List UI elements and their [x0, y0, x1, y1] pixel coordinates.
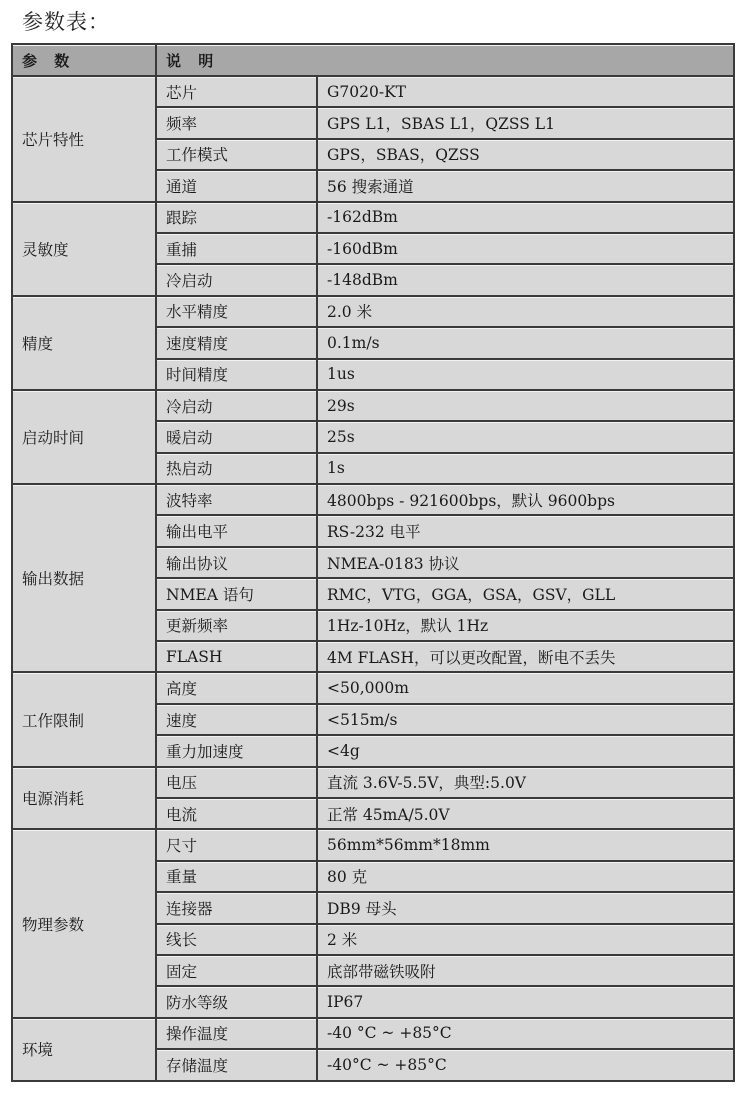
- param-name: 线长: [156, 924, 317, 955]
- param-name: 波特率: [156, 484, 317, 515]
- param-name: 冷启动: [156, 390, 317, 421]
- param-value: -148dBm: [317, 264, 734, 295]
- param-name: 电流: [156, 798, 317, 829]
- param-name: 更新频率: [156, 610, 317, 641]
- group-name: 电源消耗: [12, 767, 156, 830]
- parameter-table: 参 数 说 明 芯片特性芯片G7020-KT频率GPS L1，SBAS L1，Q…: [11, 43, 735, 1082]
- param-value: 56 搜索通道: [317, 170, 734, 201]
- param-value: -162dBm: [317, 202, 734, 233]
- header-description: 说 明: [156, 44, 734, 76]
- param-value: 4M FLASH，可以更改配置，断电不丢失: [317, 641, 734, 672]
- param-name: 操作温度: [156, 1018, 317, 1049]
- table-header-row: 参 数 说 明: [12, 44, 734, 76]
- param-name: 连接器: [156, 892, 317, 923]
- param-value: G7020-KT: [317, 76, 734, 107]
- param-name: 尺寸: [156, 829, 317, 860]
- param-value: 1us: [317, 359, 734, 390]
- param-value: 0.1m/s: [317, 327, 734, 358]
- param-name: 冷启动: [156, 264, 317, 295]
- table-body: 芯片特性芯片G7020-KT频率GPS L1，SBAS L1，QZSS L1工作…: [12, 76, 734, 1081]
- param-value: -40 °C ~ +85°C: [317, 1018, 734, 1049]
- param-name: 水平精度: [156, 296, 317, 327]
- table-row: 精度水平精度2.0 米: [12, 296, 734, 327]
- param-value: 56mm*56mm*18mm: [317, 829, 734, 860]
- group-name: 工作限制: [12, 672, 156, 766]
- param-value: DB9 母头: [317, 892, 734, 923]
- param-value: 正常 45mA/5.0V: [317, 798, 734, 829]
- param-value: 1s: [317, 453, 734, 484]
- param-name: 暖启动: [156, 421, 317, 452]
- group-name: 环境: [12, 1018, 156, 1081]
- param-value: 80 克: [317, 861, 734, 892]
- group-name: 芯片特性: [12, 76, 156, 202]
- param-name: 时间精度: [156, 359, 317, 390]
- param-value: GPS L1，SBAS L1，QZSS L1: [317, 107, 734, 138]
- param-name: 固定: [156, 955, 317, 986]
- param-name: 防水等级: [156, 986, 317, 1017]
- param-value: RS-232 电平: [317, 515, 734, 546]
- param-name: 工作模式: [156, 139, 317, 170]
- param-name: 输出电平: [156, 515, 317, 546]
- param-name: 输出协议: [156, 547, 317, 578]
- table-row: 灵敏度跟踪-162dBm: [12, 202, 734, 233]
- group-name: 输出数据: [12, 484, 156, 672]
- param-value: RMC，VTG，GGA，GSA，GSV，GLL: [317, 578, 734, 609]
- param-name: 热启动: [156, 453, 317, 484]
- param-value: 1Hz-10Hz，默认 1Hz: [317, 610, 734, 641]
- header-param: 参 数: [12, 44, 156, 76]
- param-name: 高度: [156, 672, 317, 703]
- param-value: 底部带磁铁吸附: [317, 955, 734, 986]
- param-name: 电压: [156, 767, 317, 798]
- param-value: 25s: [317, 421, 734, 452]
- param-name: 频率: [156, 107, 317, 138]
- table-row: 物理参数尺寸56mm*56mm*18mm: [12, 829, 734, 860]
- param-name: 速度精度: [156, 327, 317, 358]
- param-value: 直流 3.6V-5.5V，典型:5.0V: [317, 767, 734, 798]
- param-name: 芯片: [156, 76, 317, 107]
- table-row: 输出数据波特率4800bps - 921600bps，默认 9600bps: [12, 484, 734, 515]
- group-name: 物理参数: [12, 829, 156, 1017]
- table-row: 芯片特性芯片G7020-KT: [12, 76, 734, 107]
- param-value: IP67: [317, 986, 734, 1017]
- param-value: GPS，SBAS，QZSS: [317, 139, 734, 170]
- table-row: 电源消耗电压直流 3.6V-5.5V，典型:5.0V: [12, 767, 734, 798]
- page-title: 参数表：: [22, 6, 110, 36]
- param-name: 速度: [156, 704, 317, 735]
- param-value: 2.0 米: [317, 296, 734, 327]
- param-value: <50,000m: [317, 672, 734, 703]
- param-value: NMEA-0183 协议: [317, 547, 734, 578]
- param-value: <515m/s: [317, 704, 734, 735]
- param-value: 29s: [317, 390, 734, 421]
- table-row: 工作限制高度<50,000m: [12, 672, 734, 703]
- param-name: 重力加速度: [156, 735, 317, 766]
- group-name: 精度: [12, 296, 156, 390]
- param-value: <4g: [317, 735, 734, 766]
- param-name: FLASH: [156, 641, 317, 672]
- group-name: 灵敏度: [12, 202, 156, 296]
- group-name: 启动时间: [12, 390, 156, 484]
- param-value: 2 米: [317, 924, 734, 955]
- param-name: 通道: [156, 170, 317, 201]
- param-name: 重捕: [156, 233, 317, 264]
- param-name: NMEA 语句: [156, 578, 317, 609]
- param-name: 跟踪: [156, 202, 317, 233]
- param-name: 存储温度: [156, 1049, 317, 1080]
- param-value: 4800bps - 921600bps，默认 9600bps: [317, 484, 734, 515]
- param-name: 重量: [156, 861, 317, 892]
- table-row: 启动时间冷启动29s: [12, 390, 734, 421]
- param-value: -160dBm: [317, 233, 734, 264]
- table-row: 环境操作温度-40 °C ~ +85°C: [12, 1018, 734, 1049]
- param-value: -40°C ~ +85°C: [317, 1049, 734, 1080]
